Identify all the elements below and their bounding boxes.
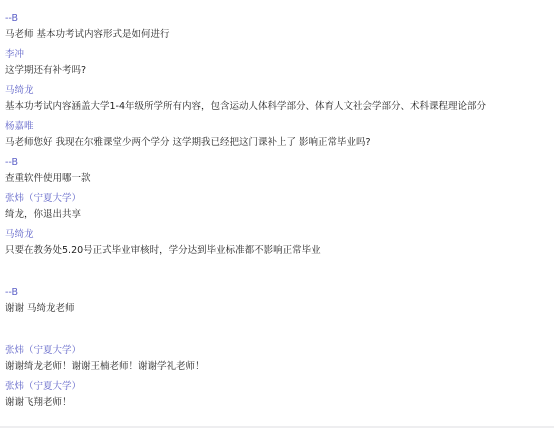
message-text: 查重软件使用哪一款: [5, 172, 554, 185]
message-text: 这学期还有补考吗?: [5, 64, 554, 77]
sender-name[interactable]: 李冲: [5, 48, 554, 61]
sender-name[interactable]: 张炜（宁夏大学）: [5, 344, 554, 357]
sender-name[interactable]: --B: [5, 156, 554, 169]
chat-message: --B 查重软件使用哪一款: [5, 156, 554, 185]
chat-message: --B 马老师 基本功考试内容形式是如何进行: [5, 12, 554, 41]
message-gap: [5, 264, 554, 286]
message-text: 绮龙，你退出共享: [5, 208, 554, 221]
message-text: 基本功考试内容涵盖大学1-4年级所学所有内容，包含运动人体科学部分、体育人文社会…: [5, 100, 554, 113]
sender-name[interactable]: --B: [5, 12, 554, 25]
chat-message: 马绮龙 只要在教务处5.20号正式毕业审核时，学分达到毕业标准都不影响正常毕业: [5, 228, 554, 257]
sender-name[interactable]: 张炜（宁夏大学）: [5, 380, 554, 393]
sender-name[interactable]: 马绮龙: [5, 84, 554, 97]
message-gap: [5, 322, 554, 344]
chat-message: 张炜（宁夏大学） 绮龙，你退出共享: [5, 192, 554, 221]
sender-name[interactable]: --B: [5, 286, 554, 299]
sender-name[interactable]: 杨嘉唯: [5, 120, 554, 133]
chat-message: 张炜（宁夏大学） 谢谢绮龙老师！谢谢王楠老师！谢谢学礼老师！: [5, 344, 554, 373]
message-text: 马老师您好 我现在尔雅课堂少两个学分 这学期我已经把这门课补上了 影响正常毕业吗…: [5, 136, 554, 149]
message-text: 只要在教务处5.20号正式毕业审核时，学分达到毕业标准都不影响正常毕业: [5, 244, 554, 257]
message-text: 马老师 基本功考试内容形式是如何进行: [5, 28, 554, 41]
sender-name[interactable]: 马绮龙: [5, 228, 554, 241]
sender-name[interactable]: 张炜（宁夏大学）: [5, 192, 554, 205]
bottom-divider: [0, 426, 554, 428]
message-text: 谢谢 马绮龙老师: [5, 302, 554, 315]
chat-message-list: --B 马老师 基本功考试内容形式是如何进行 李冲 这学期还有补考吗? 马绮龙 …: [5, 12, 554, 416]
chat-message: 马绮龙 基本功考试内容涵盖大学1-4年级所学所有内容，包含运动人体科学部分、体育…: [5, 84, 554, 113]
chat-message: 李冲 这学期还有补考吗?: [5, 48, 554, 77]
message-text: 谢谢绮龙老师！谢谢王楠老师！谢谢学礼老师！: [5, 360, 554, 373]
chat-message: --B 谢谢 马绮龙老师: [5, 286, 554, 315]
message-text: 谢谢飞翔老师！: [5, 396, 554, 409]
chat-message: 张炜（宁夏大学） 谢谢飞翔老师！: [5, 380, 554, 409]
chat-message: 杨嘉唯 马老师您好 我现在尔雅课堂少两个学分 这学期我已经把这门课补上了 影响正…: [5, 120, 554, 149]
